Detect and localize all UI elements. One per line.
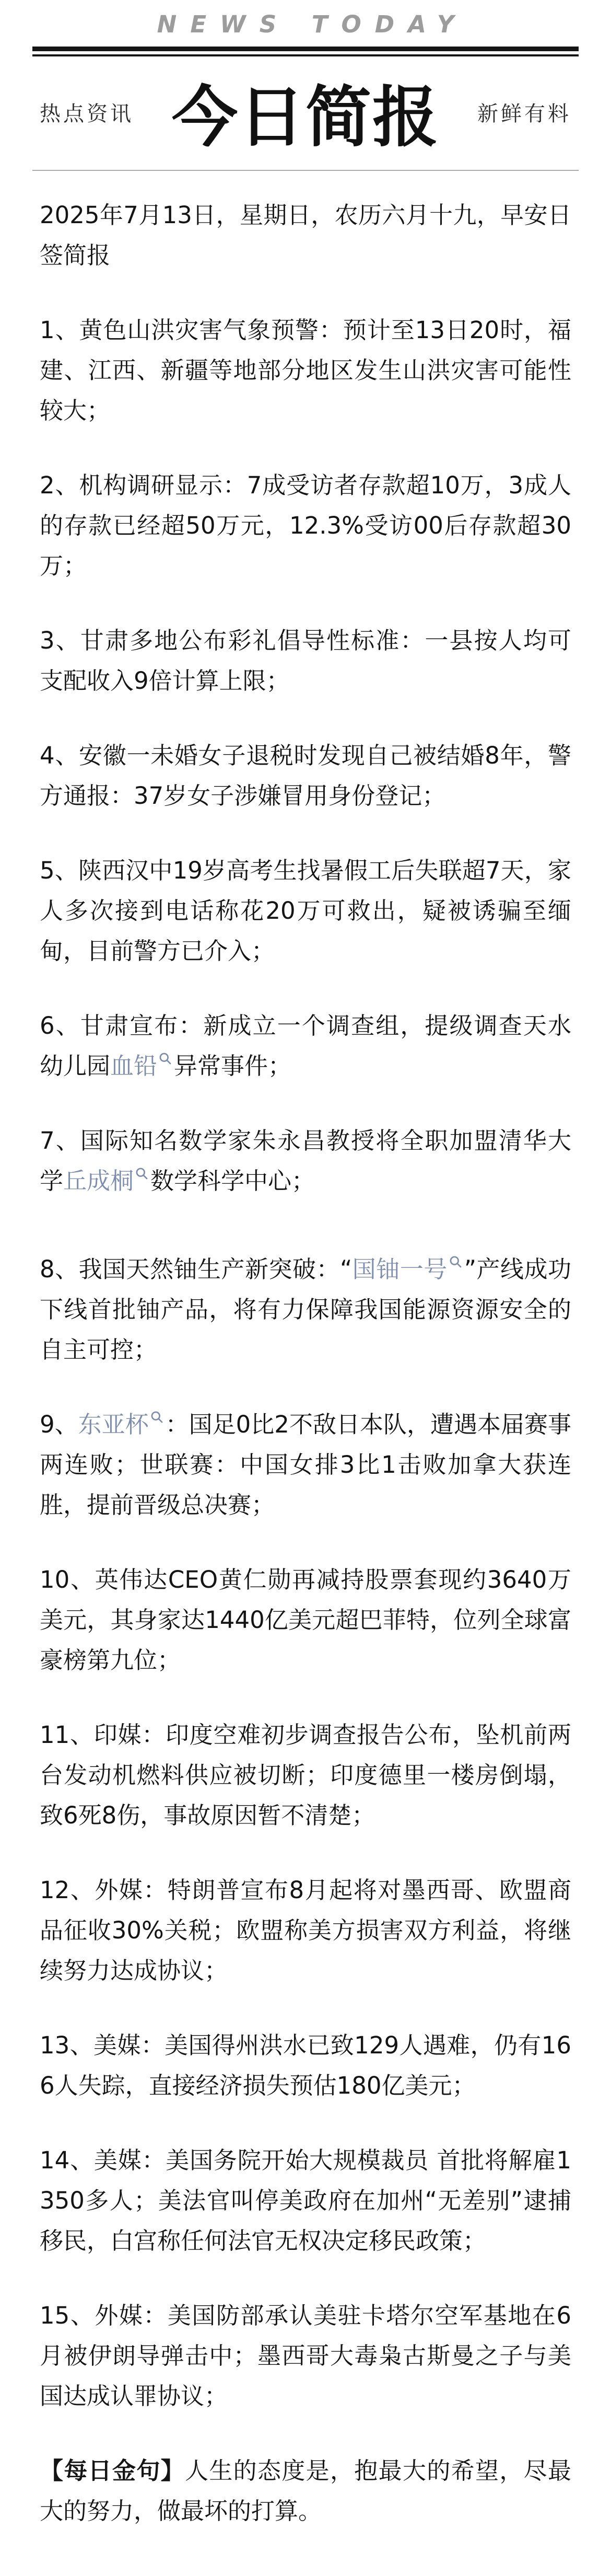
search-icon[interactable] — [449, 1255, 463, 1269]
news-text: 10、英伟达CEO黄仁勋再减持股票套现约3640万美元，其身家达1440亿美元超… — [40, 1566, 571, 1674]
news-text: 异常事件； — [174, 1052, 291, 1080]
news-text: 数学科学中心； — [150, 1167, 315, 1195]
daily-quote-prefix: 【每日金句】 — [40, 2457, 185, 2485]
news-item: 10、英伟达CEO黄仁勋再减持股票套现约3640万美元，其身家达1440亿美元超… — [40, 1560, 571, 1680]
news-item: 14、美媒：美国务院开始大规模裁员 首批将解雇1350多人；美法官叫停美政府在加… — [40, 2140, 571, 2261]
news-item: 11、印媒：印度空难初步调查报告公布，坠机前两台发动机燃料供应被切断；印度德里一… — [40, 1715, 571, 1835]
title-row: 热点资讯 今日简报 新鲜有料 — [0, 56, 611, 164]
news-list: 1、黄色山洪灾害气象预警：预计至13日20时，福建、江西、新疆等地部分地区发生山… — [40, 310, 571, 2416]
news-item: 5、陕西汉中19岁高考生找暑假工后失联超7天，家人多次接到电话称花20万可救出，… — [40, 850, 571, 971]
date-line: 2025年7月13日，星期日，农历六月十九，早安日签简报 — [40, 195, 571, 275]
news-item: 1、黄色山洪灾害气象预警：预计至13日20时，福建、江西、新疆等地部分地区发生山… — [40, 310, 571, 431]
page-title: 今日简报 — [172, 65, 439, 159]
masthead-title: NEWS TODAY — [0, 0, 611, 47]
news-item: 8、我国天然铀生产新突破：“国铀一号”产线成功下线首批铀产品，将有力保障我国能源… — [40, 1249, 571, 1370]
news-text: 8、我国天然铀生产新突破：“ — [40, 1255, 352, 1283]
news-text: 1、黄色山洪灾害气象预警：预计至13日20时，福建、江西、新疆等地部分地区发生山… — [40, 316, 571, 424]
news-item: 4、安徽一未婚女子退税时发现自己被结婚8年，警方通报：37岁女子涉嫌冒用身份登记… — [40, 735, 571, 816]
news-briefing-page: NEWS TODAY 热点资讯 今日简报 新鲜有料 2025年7月13日，星期日… — [0, 0, 611, 2576]
double-rule-divider — [32, 47, 579, 56]
news-text: 12、外媒：特朗普宣布8月起将对墨西哥、欧盟商品征收30%关税；欧盟称美方损害双… — [40, 1876, 571, 1984]
keyword-link[interactable]: 丘成桐 — [63, 1167, 134, 1195]
keyword-link[interactable]: 国铀一号 — [352, 1255, 447, 1283]
keyword-link[interactable]: 血铅 — [110, 1052, 157, 1080]
search-icon[interactable] — [158, 1052, 172, 1066]
briefing-content: 2025年7月13日，星期日，农历六月十九，早安日签简报 1、黄色山洪灾害气象预… — [0, 171, 611, 2552]
keyword-link[interactable]: 东亚杯 — [78, 1411, 149, 1438]
tag-fresh-content: 新鲜有料 — [477, 97, 571, 127]
news-text: 11、印媒：印度空难初步调查报告公布，坠机前两台发动机燃料供应被切断；印度德里一… — [40, 1721, 571, 1829]
news-text: 14、美媒：美国务院开始大规模裁员 首批将解雇1350多人；美法官叫停美政府在加… — [40, 2146, 571, 2255]
news-text: 9、 — [40, 1411, 78, 1438]
news-item: 13、美媒：美国得州洪水已致129人遇难，仍有166人失踪，直接经济损失预估18… — [40, 2025, 571, 2106]
news-text: 13、美媒：美国得州洪水已致129人遇难，仍有166人失踪，直接经济损失预估18… — [40, 2031, 571, 2099]
news-text: 2、机构调研显示：7成受访者存款超10万，3成人的存款已经超50万元，12.3%… — [40, 471, 571, 580]
daily-quote: 【每日金句】人生的态度是，抱最大的希望，尽最大的努力，做最坏的打算。 — [40, 2451, 571, 2531]
news-text: 15、外媒：美国防部承认美驻卡塔尔空军基地在6月被伊朗导弹击中；墨西哥大毒枭古斯… — [40, 2302, 571, 2410]
header: NEWS TODAY 热点资讯 今日简报 新鲜有料 — [0, 0, 611, 171]
news-item: 2、机构调研显示：7成受访者存款超10万，3成人的存款已经超50万元，12.3%… — [40, 465, 571, 586]
news-item: 7、国际知名数学家朱永昌教授将全职加盟清华大学丘成桐数学科学中心； — [40, 1120, 571, 1201]
news-text: 3、甘肃多地公布彩礼倡导性标准：一县按人均可支配收入9倍计算上限； — [40, 627, 571, 695]
news-item: 12、外媒：特朗普宣布8月起将对墨西哥、欧盟商品征收30%关税；欧盟称美方损害双… — [40, 1870, 571, 1991]
news-text: 5、陕西汉中19岁高考生找暑假工后失联超7天，家人多次接到电话称花20万可救出，… — [40, 857, 571, 965]
news-item: 9、东亚杯：国足0比2不敌日本队，遭遇本届赛事两连败；世联赛：中国女排3比1击败… — [40, 1404, 571, 1525]
search-icon[interactable] — [135, 1166, 149, 1181]
tag-hot-news: 热点资讯 — [40, 97, 134, 127]
news-text: 4、安徽一未婚女子退税时发现自己被结婚8年，警方通报：37岁女子涉嫌冒用身份登记… — [40, 742, 571, 810]
rule-bar-thick — [32, 47, 579, 51]
news-item: 15、外媒：美国防部承认美驻卡塔尔空军基地在6月被伊朗导弹击中；墨西哥大毒枭古斯… — [40, 2295, 571, 2416]
news-item: 3、甘肃多地公布彩礼倡导性标准：一县按人均可支配收入9倍计算上限； — [40, 620, 571, 701]
news-item: 6、甘肃宣布：新成立一个调查组，提级调查天水幼儿园血铅异常事件； — [40, 1006, 571, 1086]
search-icon[interactable] — [150, 1410, 164, 1424]
